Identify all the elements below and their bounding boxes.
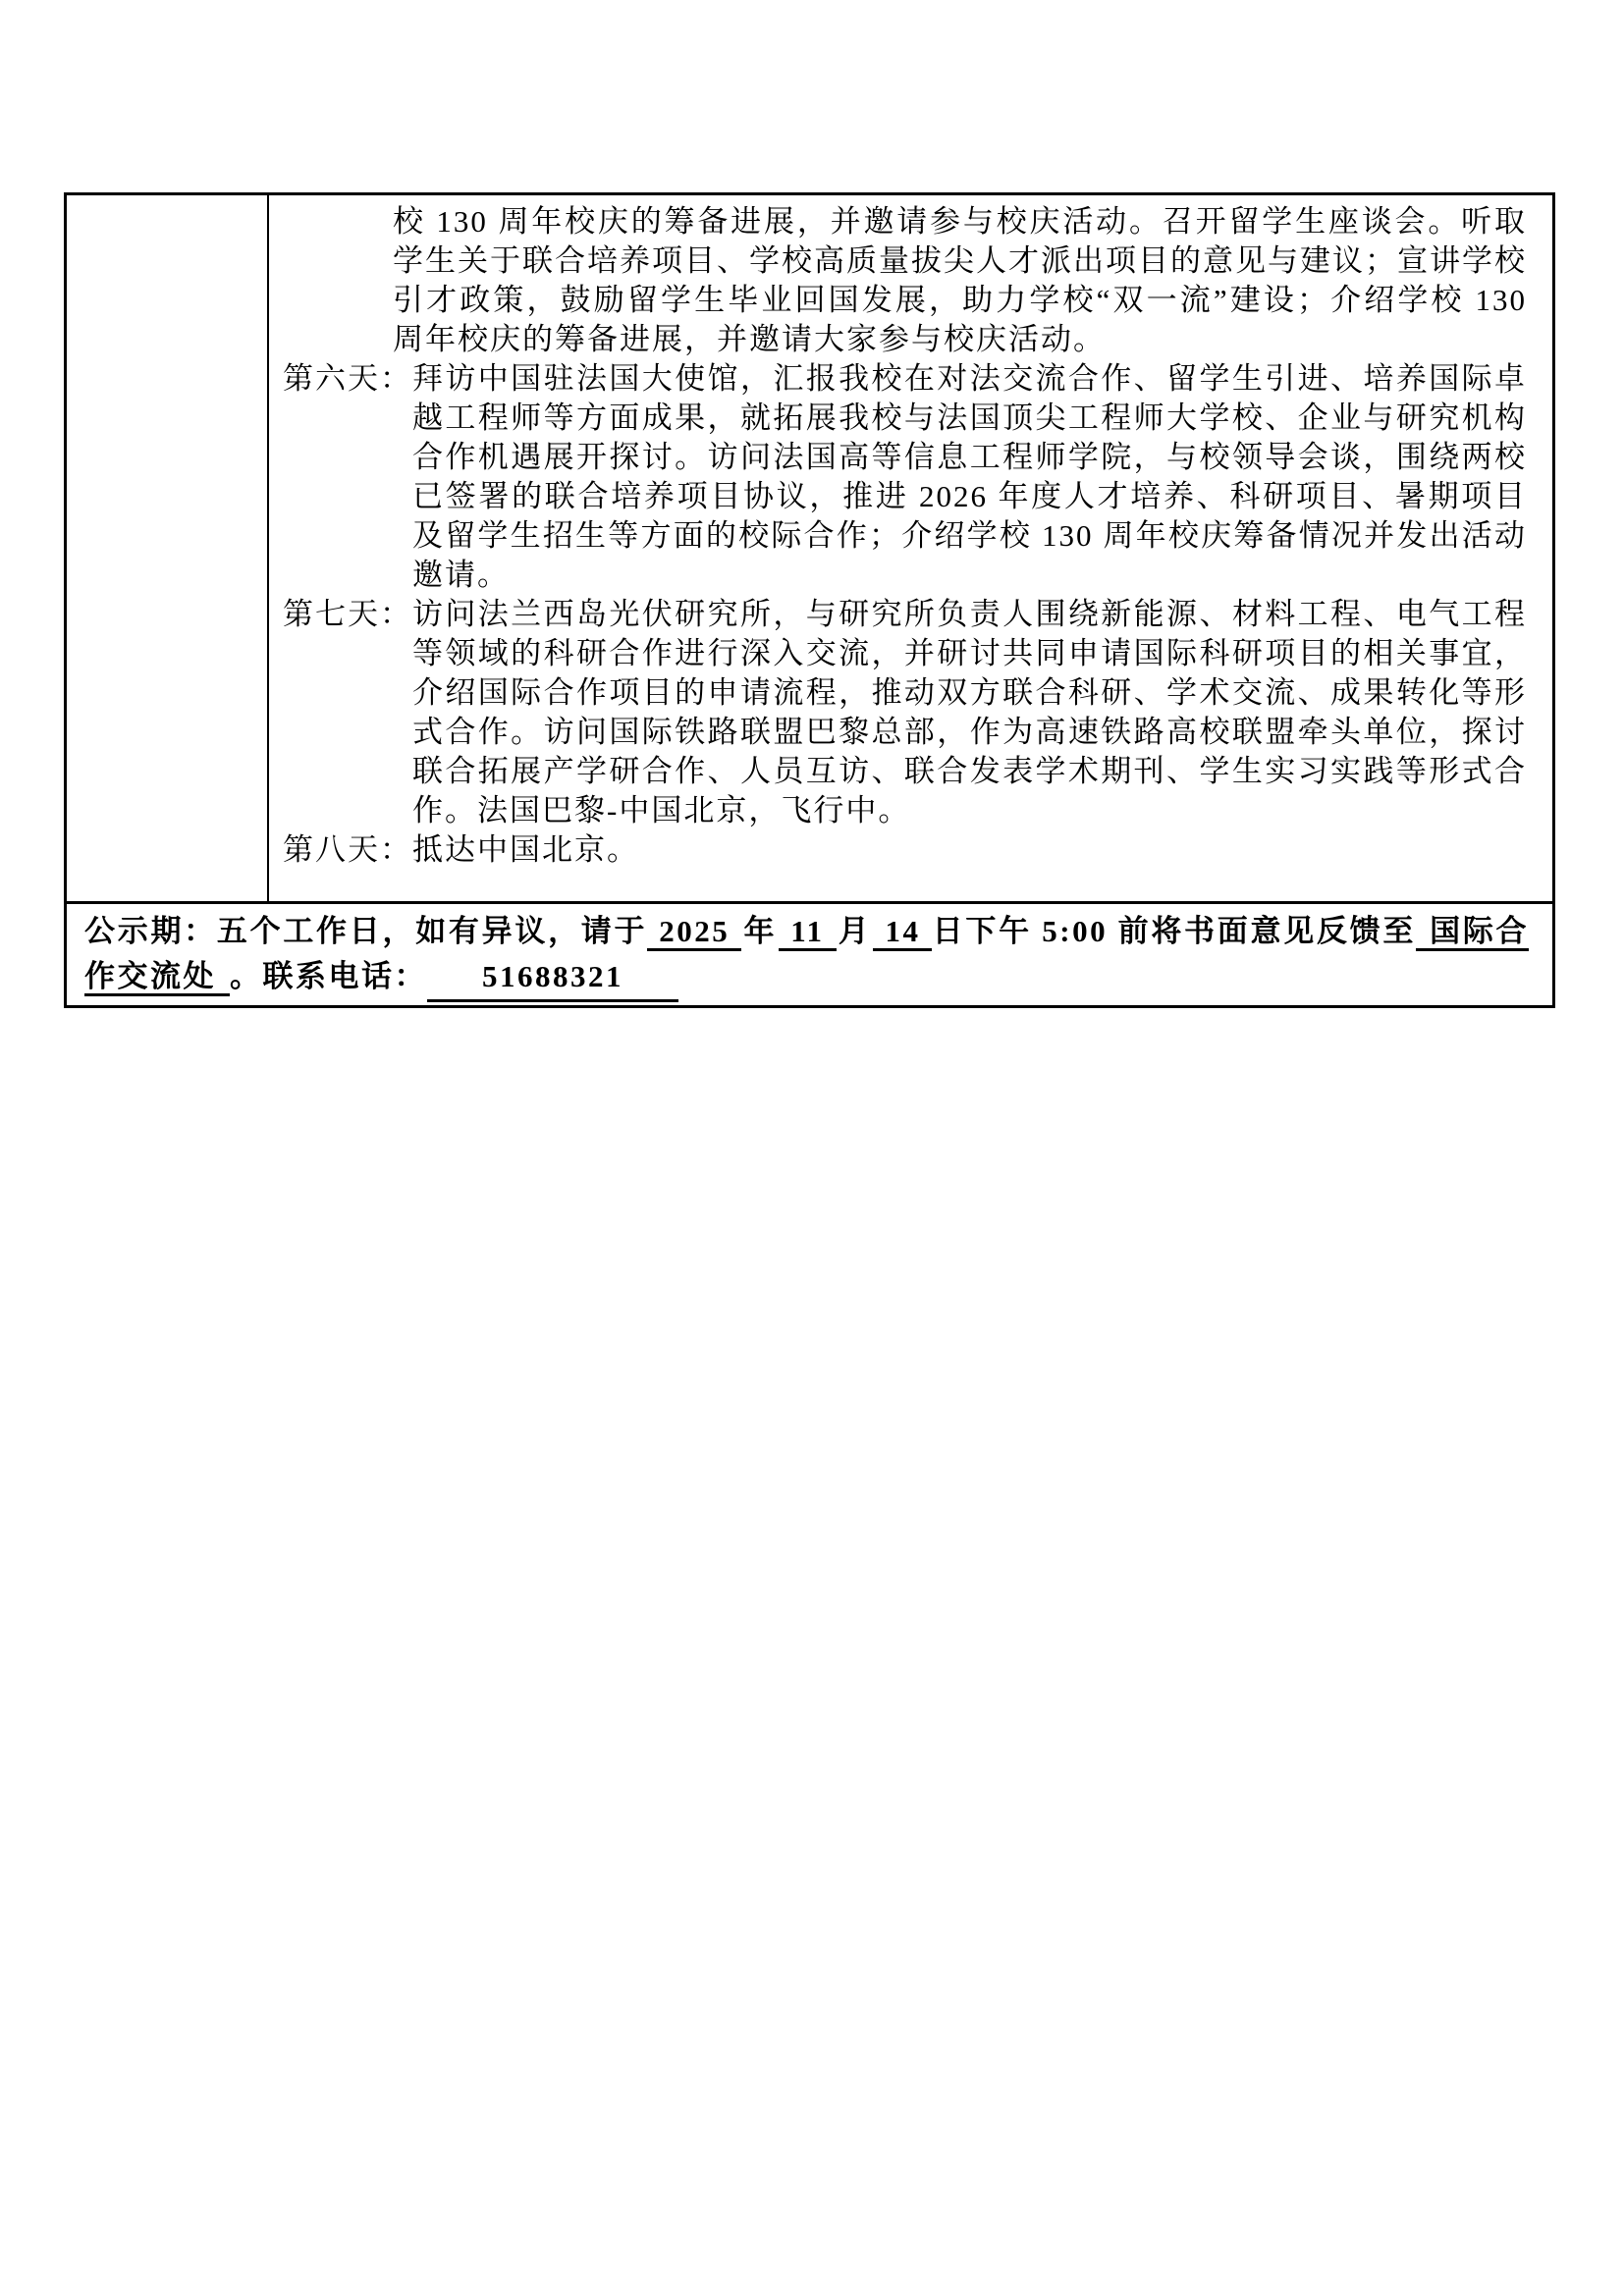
day-label: 第八天： [283,830,412,870]
notice-year-value: 2025 [647,914,741,951]
itinerary-table: 校 130 周年校庆的筹备进展，并邀请参与校庆活动。召开留学生座谈会。听取学生关… [64,192,1555,1008]
notice-phone-number: 51688321 [427,954,678,1002]
notice-contact-label: 。联系电话： [230,959,427,993]
day-entry-eight: 第八天： 抵达中国北京。 [283,830,1527,870]
itinerary-row: 校 130 周年校庆的筹备进展，并邀请参与校庆活动。召开留学生座谈会。听取学生关… [67,195,1552,901]
notice-month-value: 11 [779,914,836,951]
day-entry-seven: 第七天： 访问法兰西岛光伏研究所，与研究所负责人围绕新能源、材料工程、电气工程等… [283,595,1527,830]
notice-prefix: 公示期：五个工作日，如有异议，请于 [84,914,647,948]
day-text: 校 130 周年校庆的筹备进展，并邀请参与校庆活动。召开留学生座谈会。听取学生关… [393,202,1527,359]
notice-day-value: 14 [873,914,932,951]
day-entry-six: 第六天： 拜访中国驻法国大使馆，汇报我校在对法交流合作、留学生引进、培养国际卓越… [283,359,1527,595]
notice-row: 公示期：五个工作日，如有异议，请于2025年11月14日下午 5:00 前将书面… [67,901,1552,1005]
day-text: 访问法兰西岛光伏研究所，与研究所负责人围绕新能源、材料工程、电气工程等领域的科研… [412,595,1527,830]
left-empty-cell [67,195,269,901]
notice-after-day: 日下午 5:00 前将书面意见反馈至 [932,914,1416,948]
notice-month-unit: 月 [837,914,874,948]
notice-year-unit: 年 [741,914,779,948]
day-entry-continuation: 校 130 周年校庆的筹备进展，并邀请参与校庆活动。召开留学生座谈会。听取学生关… [283,202,1527,359]
day-text: 拜访中国驻法国大使馆，汇报我校在对法交流合作、留学生引进、培养国际卓越工程师等方… [412,359,1527,595]
day-label: 第六天： [283,359,412,399]
day-text: 抵达中国北京。 [412,830,1527,870]
schedule-cell: 校 130 周年校庆的筹备进展，并邀请参与校庆活动。召开留学生座谈会。听取学生关… [269,195,1552,901]
day-label: 第七天： [283,595,412,634]
